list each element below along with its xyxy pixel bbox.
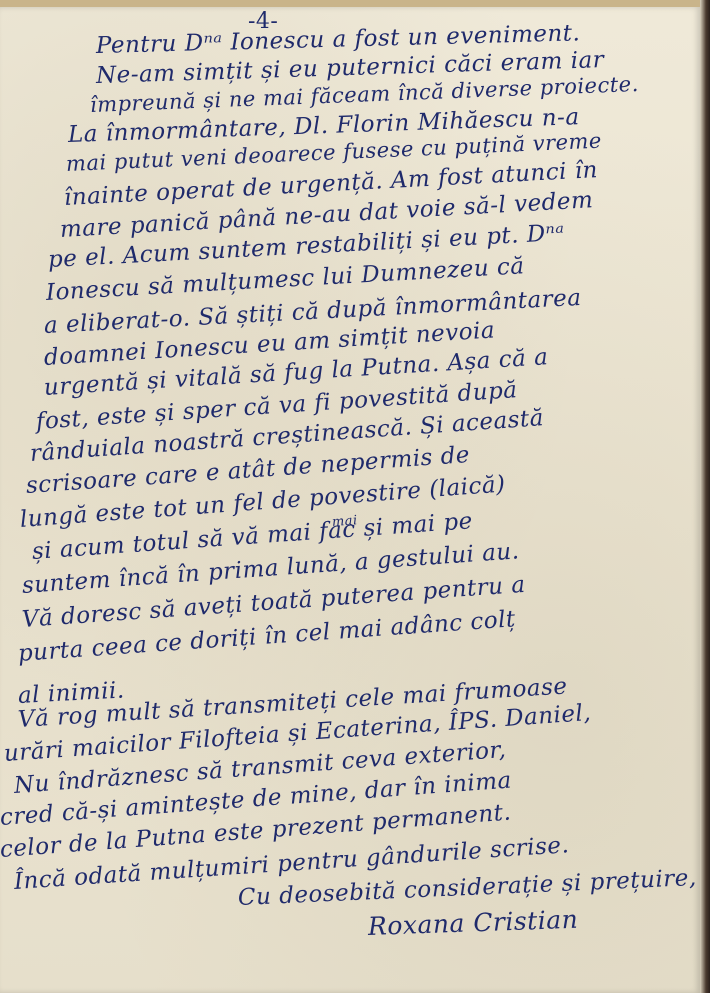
signature: Roxana Cristian (367, 905, 578, 941)
letter-page: -4- Pentru Dⁿᵃ Ionescu a fost un evenime… (0, 7, 700, 993)
page-edge-shadow (700, 0, 710, 993)
